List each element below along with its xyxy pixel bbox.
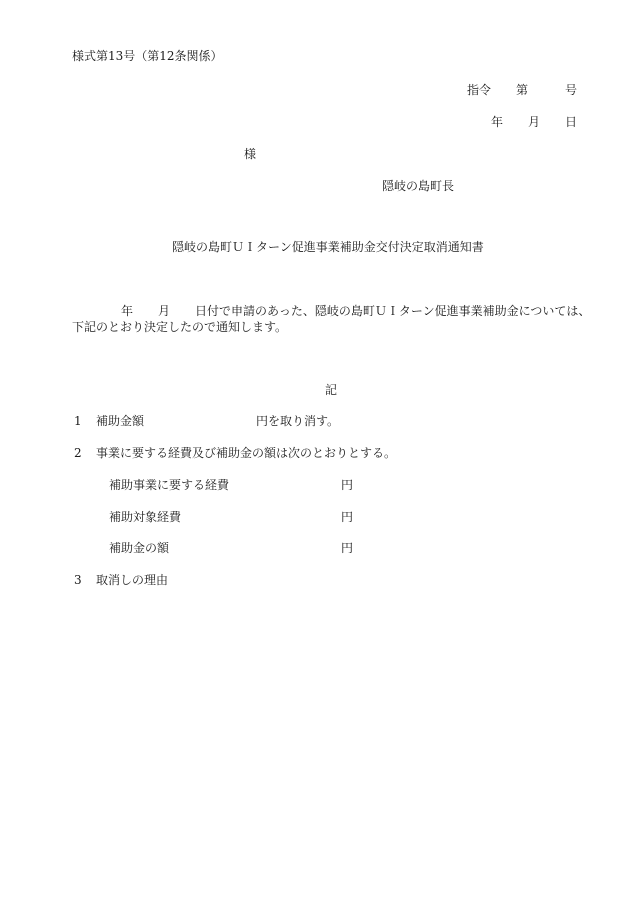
item-3-number: 3 [74, 573, 82, 587]
body-month: 月 [158, 304, 170, 318]
body-year: 年 [121, 304, 133, 318]
year-label: 年 [491, 115, 503, 129]
directive-label: 指令 [467, 83, 491, 97]
sub-item-2-label: 補助対象経費 [109, 510, 181, 524]
body-line1: 日付で申請のあった、隠岐の島町ＵＩターン促進事業補助金については、 [195, 304, 590, 318]
sub-item-3-label: 補助金の額 [109, 541, 169, 555]
addressee-suffix: 様 [244, 147, 256, 161]
document-title: 隠岐の島町ＵＩターン促進事業補助金交付決定取消通知書 [172, 240, 484, 254]
item-1-label: 補助金額 [96, 414, 144, 428]
sub-item-1-label: 補助事業に要する経費 [109, 478, 229, 492]
form-label: 様式第13号（第12条関係） [72, 49, 223, 63]
sub-item-1-unit: 円 [341, 478, 353, 492]
dai-label: 第 [516, 83, 528, 97]
item-2-number: 2 [74, 446, 82, 460]
sub-item-3-unit: 円 [341, 541, 353, 555]
day-label: 日 [565, 115, 577, 129]
go-label: 号 [565, 83, 577, 97]
item-1-suffix: 円を取り消す。 [256, 414, 339, 428]
item-2-label: 事業に要する経費及び補助金の額は次のとおりとする。 [96, 446, 396, 460]
body-line2: 下記のとおり決定したので通知します。 [72, 320, 287, 334]
item-3-label: 取消しの理由 [96, 573, 168, 587]
sub-item-2-unit: 円 [341, 510, 353, 524]
month-label: 月 [528, 115, 540, 129]
ki-heading: 記 [325, 383, 337, 397]
item-1-number: 1 [74, 414, 82, 428]
issuer: 隠岐の島町長 [382, 179, 454, 193]
